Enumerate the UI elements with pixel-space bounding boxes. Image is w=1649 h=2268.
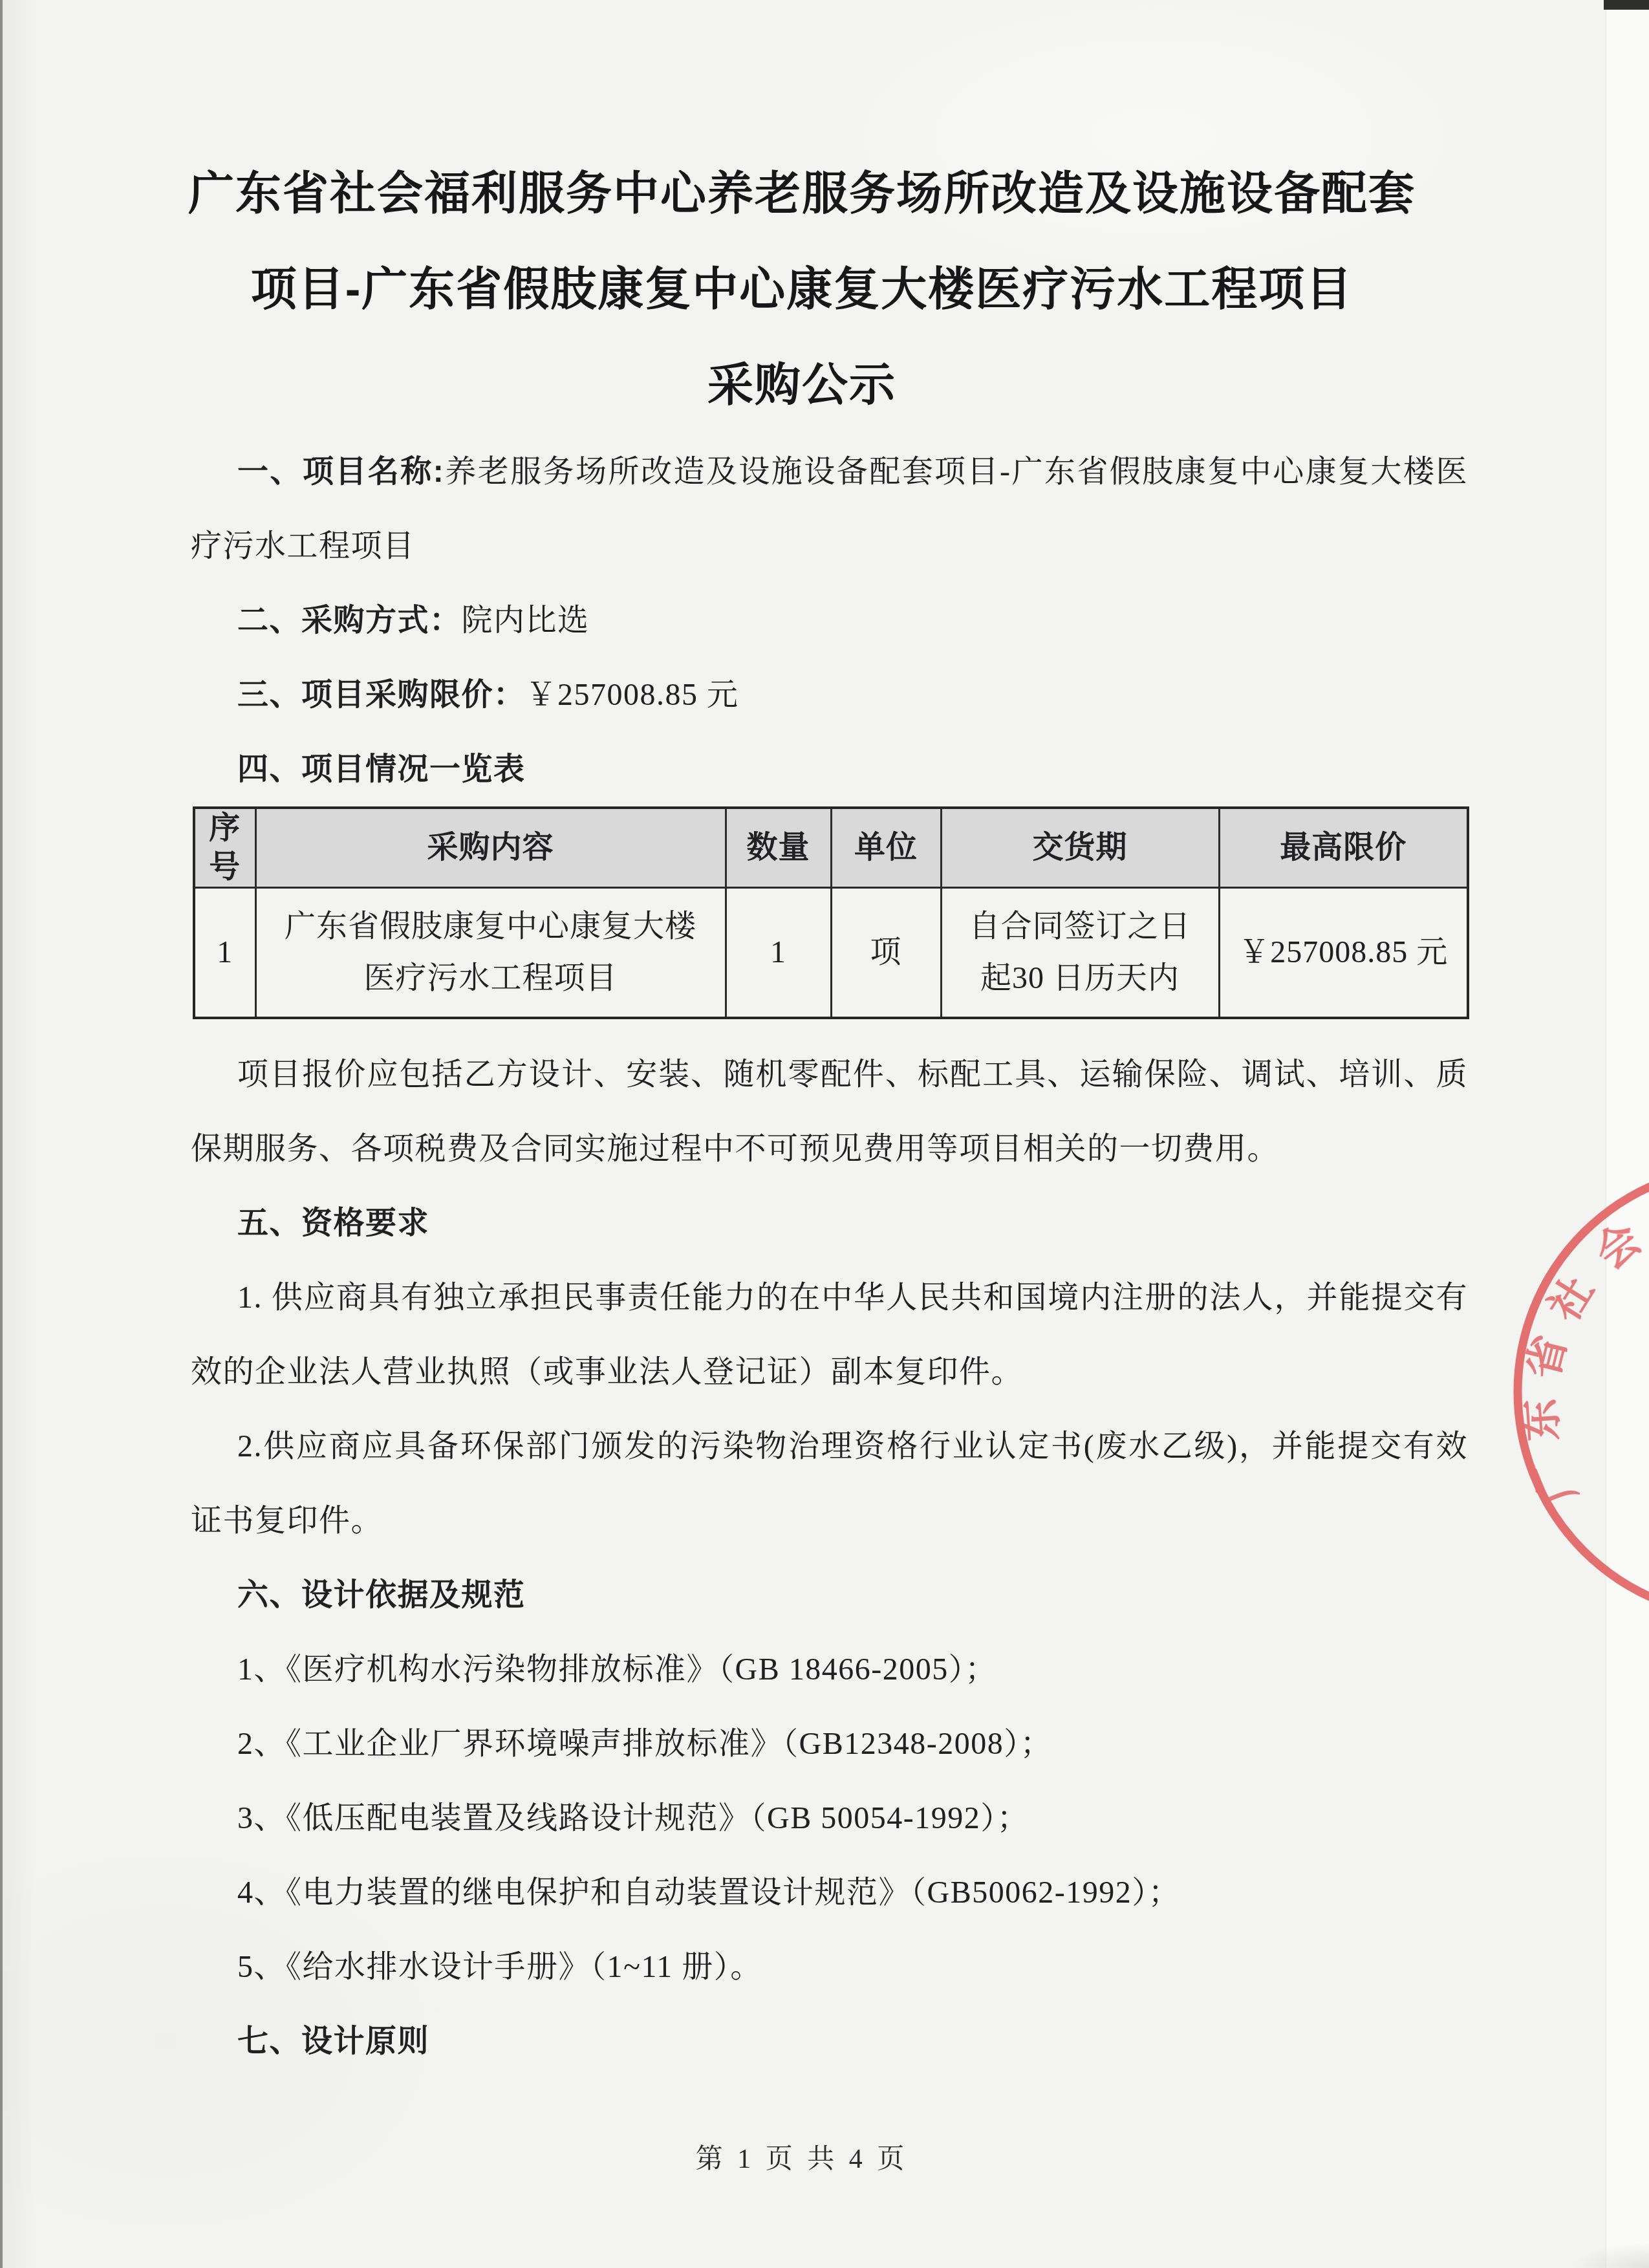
document-body: 一、项目名称:养老服务场所改造及设施设备配套项目-广东省假肢康复中心康复大楼医疗… [191, 435, 1468, 2079]
cell-delivery: 自合同签订之日起30 日历天内 [941, 888, 1219, 1019]
scan-corner-shadow [1571, 2242, 1649, 2268]
design-ref-1: 1、《医疗机构水污染物排放标准》（GB 18466-2005）； [191, 1632, 1468, 1707]
section-price-limit-text: ￥257008.85 元 [526, 678, 739, 712]
section-procurement-method-label: 二、采购方式： [237, 603, 462, 638]
section-project-name-label: 一、项目名称: [237, 455, 444, 489]
section-design-basis-heading: 六、设计依据及规范 [191, 1558, 1468, 1632]
cell-content: 广东省假肢康复中心康复大楼医疗污水工程项目 [255, 888, 726, 1019]
header-delivery: 交货期 [941, 808, 1219, 888]
section-design-principles-heading: 七、设计原则 [191, 2004, 1468, 2079]
qualification-item-2: 2.供应商应具备环保部门颁发的污染物治理资格行业认定书(废水乙级)，并能提交有效… [191, 1409, 1468, 1558]
header-unit: 单位 [831, 808, 941, 888]
scan-strip-right [1606, 0, 1649, 2268]
title-line-1: 广东省社会福利服务中心养老服务场所改造及设施设备配套 [0, 146, 1604, 242]
cell-seq: 1 [194, 888, 255, 1019]
pricing-note: 项目报价应包括乙方设计、安装、随机零配件、标配工具、运输保险、调试、培训、质保期… [191, 1037, 1468, 1186]
section-qualification-heading: 五、资格要求 [191, 1186, 1468, 1260]
section-price-limit-label: 三、项目采购限价： [237, 678, 526, 712]
section-procurement-method: 二、采购方式：院内比选 [191, 583, 1468, 658]
header-seq: 序号 [194, 808, 255, 888]
cell-unit: 项 [831, 888, 941, 1019]
stamp-char-4: 东 [1516, 1397, 1566, 1443]
section-overview-heading: 四、项目情况一览表 [191, 732, 1468, 806]
cell-qty: 1 [726, 888, 831, 1019]
header-content: 采购内容 [255, 808, 726, 888]
design-ref-5: 5、《给水排水设计手册》（1~11 册）。 [191, 1930, 1468, 2004]
footer-page-number: 第 1 页 共 4 页 [0, 2137, 1604, 2176]
table-row: 1 广东省假肢康复中心康复大楼医疗污水工程项目 1 项 自合同签订之日起30 日… [194, 888, 1468, 1019]
cell-max-price: ￥257008.85 元 [1219, 888, 1468, 1019]
section-price-limit: 三、项目采购限价：￥257008.85 元 [191, 658, 1468, 732]
stamp-char-3: 省 [1518, 1330, 1575, 1383]
scanned-document-page: 广东省社会福利服务中心养老服务场所改造及设施设备配套 项目-广东省假肢康复中心康… [0, 0, 1649, 2268]
document-title: 广东省社会福利服务中心养老服务场所改造及设施设备配套 项目-广东省假肢康复中心康… [0, 146, 1604, 433]
design-ref-3: 3、《低压配电装置及线路设计规范》（GB 50054-1992）； [191, 1781, 1468, 1855]
title-line-2: 项目-广东省假肢康复中心康复大楼医疗污水工程项目 [0, 242, 1604, 338]
design-ref-2: 2、《工业企业厂界环境噪声排放标准》（GB12348-2008）； [191, 1707, 1468, 1781]
design-ref-4: 4、《电力装置的继电保护和自动装置设计规范》（GB50062-1992）； [191, 1855, 1468, 1930]
qualification-item-1: 1. 供应商具有独立承担民事责任能力的在中华人民共和国境内注册的法人，并能提交有… [191, 1260, 1468, 1409]
table-header-row: 序号 采购内容 数量 单位 交货期 最高限价 [194, 808, 1468, 888]
title-line-3: 采购公示 [0, 338, 1604, 433]
section-project-name: 一、项目名称:养老服务场所改造及设施设备配套项目-广东省假肢康复中心康复大楼医疗… [191, 435, 1468, 583]
header-qty: 数量 [726, 808, 831, 888]
header-max-price: 最高限价 [1219, 808, 1468, 888]
section-procurement-method-text: 院内比选 [462, 603, 590, 638]
project-overview-table: 序号 采购内容 数量 单位 交货期 最高限价 1 广东省假肢康复中心康复大楼医疗… [193, 806, 1469, 1019]
scan-corner-dark [1604, 0, 1649, 10]
stamp-char-2: 社 [1540, 1268, 1603, 1329]
stamp-char-5: 广 [1525, 1453, 1585, 1511]
